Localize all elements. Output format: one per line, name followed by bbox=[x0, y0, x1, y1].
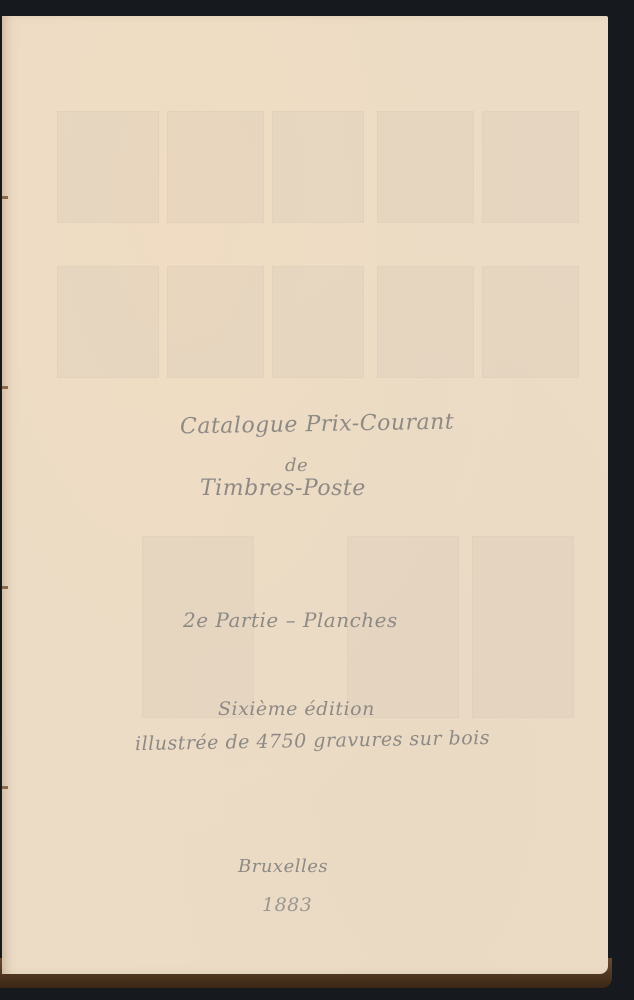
edition-line-1: Sixième édition bbox=[218, 698, 375, 720]
bleed-through-stamp bbox=[377, 266, 474, 378]
bleed-through-stamp bbox=[377, 111, 474, 223]
title-line-3: Timbres-Poste bbox=[200, 476, 366, 501]
part-label: 2e Partie – Planches bbox=[183, 608, 398, 632]
bleed-through-stamp bbox=[472, 536, 574, 718]
bleed-through-stamp bbox=[272, 111, 364, 223]
title-line-2: de bbox=[285, 455, 308, 476]
binding-stitch bbox=[2, 586, 8, 589]
binding-stitch bbox=[2, 386, 8, 389]
year-label: 1883 bbox=[262, 894, 312, 916]
bleed-through-stamp bbox=[272, 266, 364, 378]
bleed-through-stamp bbox=[57, 111, 159, 223]
place-label: Bruxelles bbox=[238, 856, 328, 877]
title-line-1: Catalogue Prix-Courant bbox=[180, 410, 455, 440]
bleed-through-stamp bbox=[167, 111, 264, 223]
bleed-through-stamp bbox=[57, 266, 159, 378]
bleed-through-stamp bbox=[167, 266, 264, 378]
binding-stitch bbox=[2, 786, 8, 789]
bleed-through-stamp bbox=[482, 111, 579, 223]
bleed-through-stamp bbox=[482, 266, 579, 378]
binding-stitch bbox=[2, 196, 8, 199]
